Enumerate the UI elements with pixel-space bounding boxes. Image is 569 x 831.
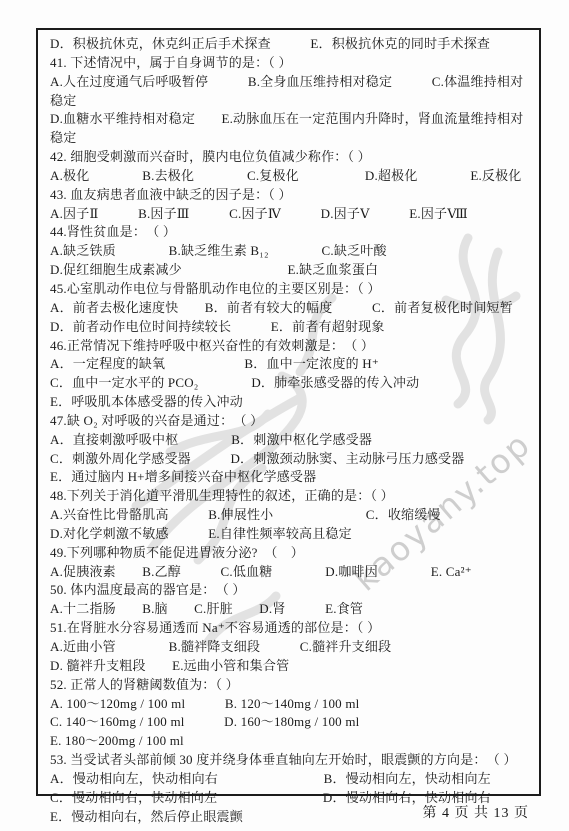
text-line: 46.正常情况下维持呼吸中枢兴奋性的有效刺激是： （ ） [50, 337, 535, 356]
text-line: A．直接刺激呼吸中枢 B．刺激中枢化学感受器 [50, 431, 535, 450]
text-line: A．慢动相向左，快动相向右 B．慢动相向左，快动相向左 [50, 770, 535, 789]
text-line: D.血糖水平维持相对稳定 E.动脉血压在一定范围内升降时，肾血流量维持相对稳定 [50, 110, 535, 148]
text-line: 47.缺 O₂ 对呼吸的兴奋是通过： （ ） [50, 412, 535, 431]
text-line: D.促红细胞生成素减少 E.缺乏血浆蛋白 [50, 261, 535, 280]
text-line: A.极化 B.去极化 C.复极化 D.超极化 E.反极化 [50, 167, 535, 186]
text-line: D．前者动作电位时间持续较长 E．前者有超射现象 [50, 318, 535, 337]
text-line: E．通过脑内 H+增多间接兴奋中枢化学感受器 [50, 468, 535, 487]
text-line: A. 100～120mg / 100 ml B. 120～140mg / 100… [50, 695, 535, 714]
text-line: 41. 下述情况中，属于自身调节的是：（ ） [50, 54, 535, 73]
page-number-footer: 第 4 页 共 13 页 [423, 802, 530, 822]
text-line: D. 髓袢升支粗段 E.远曲小管和集合管 [50, 657, 535, 676]
text-line: A．前者去极化速度快 B．前者有较大的幅度 C．前者复极化时间短暂 [50, 299, 535, 318]
text-line: 53. 当受试者头部前倾 30 度并绕身体垂直轴向左开始时，眼震颤的方向是： （… [50, 751, 535, 770]
exam-lines: D．积极抗休克，休克纠正后手术探查 E．积极抗休克的同时手术探查41. 下述情况… [50, 35, 535, 826]
text-line: E．呼吸肌本体感受器的传入冲动 [50, 393, 535, 412]
text-line: A.十二指肠 B.脑 C.肝脏 D.肾 E.食管 [50, 600, 535, 619]
text-line: D．积极抗休克，休克纠正后手术探查 E．积极抗休克的同时手术探查 [50, 35, 535, 54]
text-line: 43. 血友病患者血液中缺乏的因子是：（ ） [50, 186, 535, 205]
text-line: 48.下列关于消化道平滑肌生理特性的叙述，正确的是：（ ） [50, 487, 535, 506]
text-line: A.因子Ⅱ B.因子Ⅲ C.因子Ⅳ D.因子Ⅴ E.因子Ⅷ [50, 205, 535, 224]
text-line: A．一定程度的缺氧 B．血中一定浓度的 H⁺ [50, 355, 535, 374]
text-line: C. 140～160mg / 100 ml D. 160～180mg / 100… [50, 713, 535, 732]
text-line: 45.心室肌动作电位与骨骼肌动作电位的主要区别是：（ ） [50, 280, 535, 299]
text-line: D.对化学刺激不敏感 E.自律性频率较高且稳定 [50, 525, 535, 544]
text-line: 52. 正常人的肾糖阈数值为：（ ） [50, 676, 535, 695]
text-line: A.兴奋性比骨骼肌高 B.伸展性小 C．收缩缓慢 [50, 506, 535, 525]
text-line: A.缺乏铁质 B.缺乏维生素 B₁₂ C.缺乏叶酸 [50, 242, 535, 261]
scanned-exam-page: kaoyany.top D．积极抗休克，休克纠正后手术探查 E．积极抗休克的同时… [0, 0, 569, 831]
text-line: 51.在肾脏水分容易通透而 Na⁺不容易通透的部位是：（ ） [50, 619, 535, 638]
text-line: 49.下列哪种物质不能促进胃液分泌? （ ） [50, 544, 535, 563]
text-line: 50. 体内温度最高的器官是： （ ） [50, 581, 535, 600]
text-line: E. 180～200mg / 100 ml [50, 732, 535, 751]
text-line: 42. 细胞受刺激而兴奋时，膜内电位负值减少称作：（ ） [50, 148, 535, 167]
text-line: A.促胰液素 B.乙醇 C.低血糖 D.咖啡因 E. Ca²⁺ [50, 563, 535, 582]
text-line: C．刺激外周化学感受器 D．刺激颈动脉窦、主动脉弓压力感受器 [50, 450, 535, 469]
text-line: 44.肾性贫血是： （ ） [50, 223, 535, 242]
text-line: A.近曲小管 B.髓袢降支细段 C.髓袢升支细段 [50, 638, 535, 657]
text-line: A.人在过度通气后呼吸暂停 B.全身血压维持相对稳定 C.体温维持相对稳定 [50, 73, 535, 111]
exam-content-box: D．积极抗休克，休克纠正后手术探查 E．积极抗休克的同时手术探查41. 下述情况… [36, 28, 541, 796]
text-line: C．血中一定水平的 PCO₂ D．肺牵张感受器的传入冲动 [50, 374, 535, 393]
